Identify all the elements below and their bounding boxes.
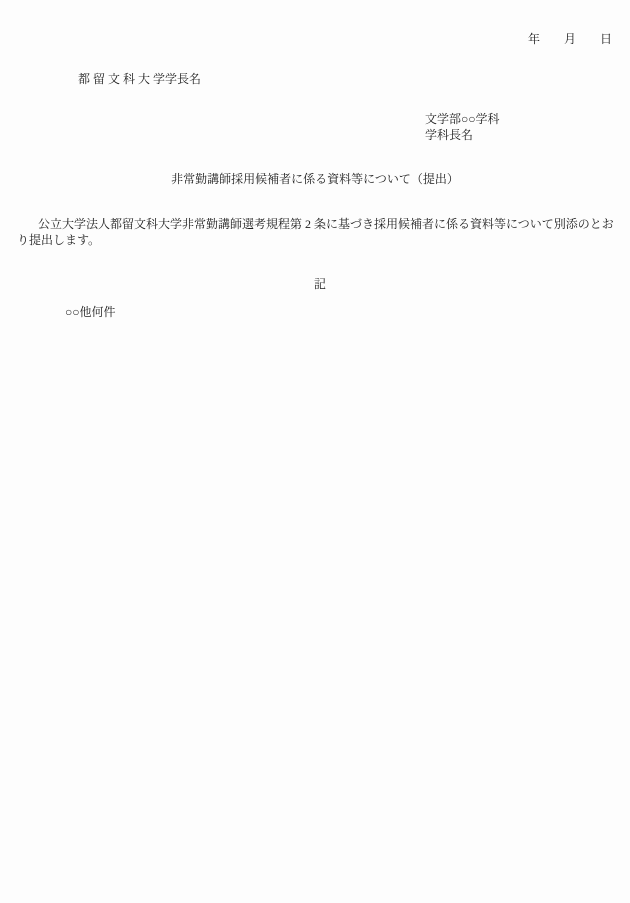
- sender-department: 文学部○○学科: [425, 111, 500, 127]
- item-line: ○○他何件: [65, 305, 116, 319]
- document-page: 年 月 日 都 留 文 科 大 学学長名 文学部○○学科 学科長名 非常勤講師採…: [0, 0, 630, 903]
- sender-role: 学科長名: [425, 127, 500, 143]
- sender-block: 文学部○○学科 学科長名: [425, 111, 500, 143]
- record-marker: 記: [17, 277, 623, 291]
- date-line: 年 月 日: [528, 32, 612, 46]
- addressee-line: 都 留 文 科 大 学学長名: [78, 72, 201, 86]
- document-title: 非常勤講師採用候補者に係る資料等について（提出）: [17, 172, 613, 186]
- body-paragraph: 公立大学法人都留文科大学非常勤講師選考規程第 2 条に基づき採用候補者に係る資料…: [17, 216, 623, 248]
